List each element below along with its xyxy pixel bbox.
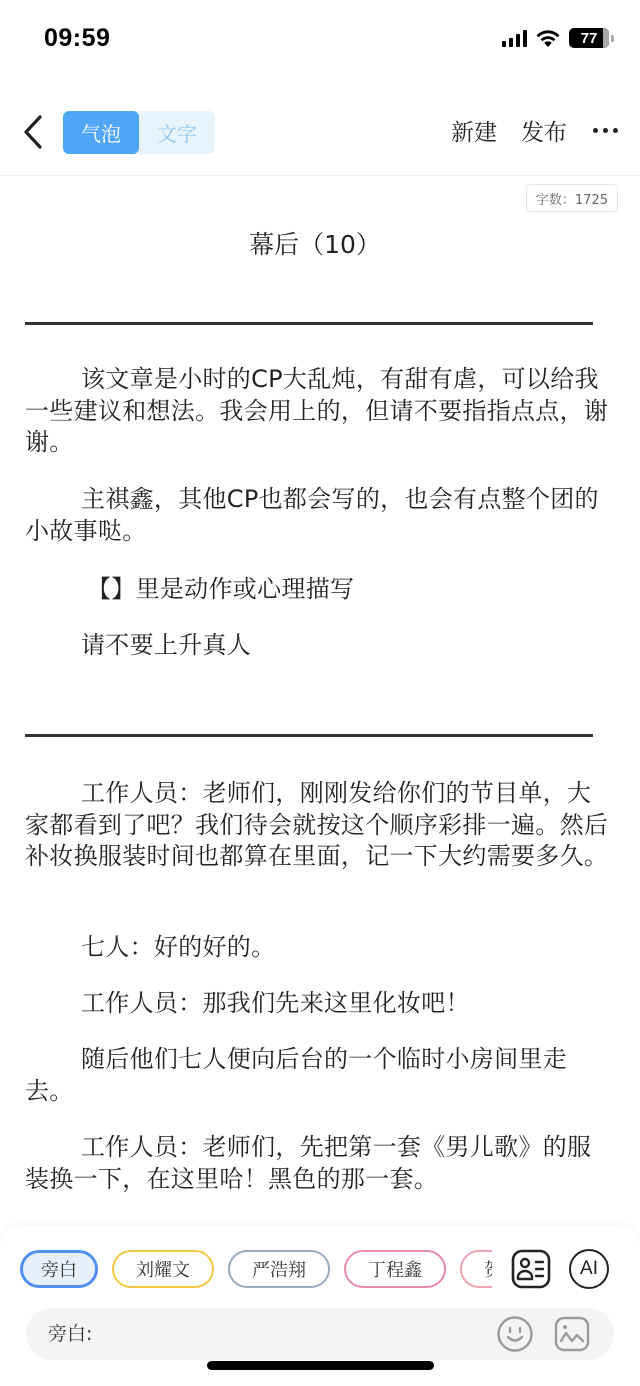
divider-top [25, 322, 593, 325]
paragraph[interactable]: 工作人员：老师们，刚刚发给你们的节目单，大家都看到了吧？我们待会就按这个顺序彩排… [25, 778, 615, 873]
paragraph[interactable]: 工作人员：老师们，先把第一套《男儿歌》的服装换一下，在这里哈！黑色的那一套。 [25, 1132, 615, 1195]
paragraph[interactable]: 随后他们七人便向后台的一个临时小房间里走去。 [25, 1044, 615, 1107]
chevron-left-icon [23, 115, 43, 149]
paragraph[interactable]: 七人：好的好的。 [25, 932, 615, 964]
image-button[interactable] [553, 1315, 591, 1353]
mode-toggle: 气泡 文字 [63, 111, 215, 154]
paragraph[interactable]: 【】里是动作或心理描写 [25, 574, 615, 606]
document-content[interactable]: 幕后（10） 该文章是小时的CP大乱炖，有甜有虐，可以给我一些建议和想法。我会用… [25, 222, 615, 268]
speaker-label: 旁白: [48, 1308, 92, 1360]
word-count-badge: 字数：1725 [526, 184, 618, 212]
emoji-icon [496, 1315, 534, 1353]
ai-button[interactable]: AI [568, 1248, 610, 1290]
editor-header: 气泡 文字 新建 发布 [0, 100, 640, 176]
message-input[interactable] [110, 1316, 480, 1352]
battery-tip [611, 35, 614, 42]
status-time: 09:59 [44, 24, 110, 53]
more-button[interactable] [591, 115, 618, 147]
contact-card-icon [511, 1249, 551, 1289]
paragraph[interactable]: 主祺鑫，其他CP也都会写的，也会有点整个团的小故事哒。 [25, 484, 615, 547]
wifi-icon [535, 29, 561, 48]
ai-label: AI [580, 1258, 598, 1280]
message-input-bar: 旁白: [26, 1308, 614, 1360]
status-bar: 09:59 77 [0, 0, 640, 80]
tab-text[interactable]: 文字 [139, 111, 215, 154]
battery-level: 77 [581, 30, 598, 47]
divider-middle [25, 734, 593, 737]
home-indicator[interactable] [207, 1361, 434, 1370]
ai-icon: AI [569, 1249, 609, 1289]
tab-bubble[interactable]: 气泡 [63, 111, 139, 154]
status-icons: 77 [502, 28, 614, 48]
document-title[interactable]: 幕后（10） [15, 222, 615, 268]
role-card-button[interactable] [510, 1248, 552, 1290]
emoji-button[interactable] [496, 1315, 534, 1353]
paragraph[interactable]: 该文章是小时的CP大乱炖，有甜有虐，可以给我一些建议和想法。我会用上的，但请不要… [25, 364, 615, 459]
character-chips[interactable]: 旁白 刘耀文 严浩翔 丁程鑫 贺峻霖 [20, 1250, 492, 1290]
new-button[interactable]: 新建 [451, 114, 497, 147]
image-icon [553, 1315, 591, 1353]
character-chip[interactable]: 贺峻霖 [460, 1250, 492, 1288]
character-chip[interactable]: 严浩翔 [228, 1250, 330, 1288]
header-actions: 新建 发布 [451, 114, 618, 147]
paragraph[interactable]: 工作人员：那我们先来这里化妆吧！ [25, 988, 615, 1020]
signal-icon [502, 29, 527, 47]
back-button[interactable] [16, 110, 50, 154]
character-chip[interactable]: 刘耀文 [112, 1250, 214, 1288]
battery-icon: 77 [569, 28, 609, 48]
more-horizontal-icon [593, 128, 598, 133]
publish-button[interactable]: 发布 [521, 114, 567, 147]
character-chip-narrator[interactable]: 旁白 [20, 1250, 98, 1288]
character-chip[interactable]: 丁程鑫 [344, 1250, 446, 1288]
paragraph[interactable]: 请不要上升真人 [25, 630, 615, 662]
